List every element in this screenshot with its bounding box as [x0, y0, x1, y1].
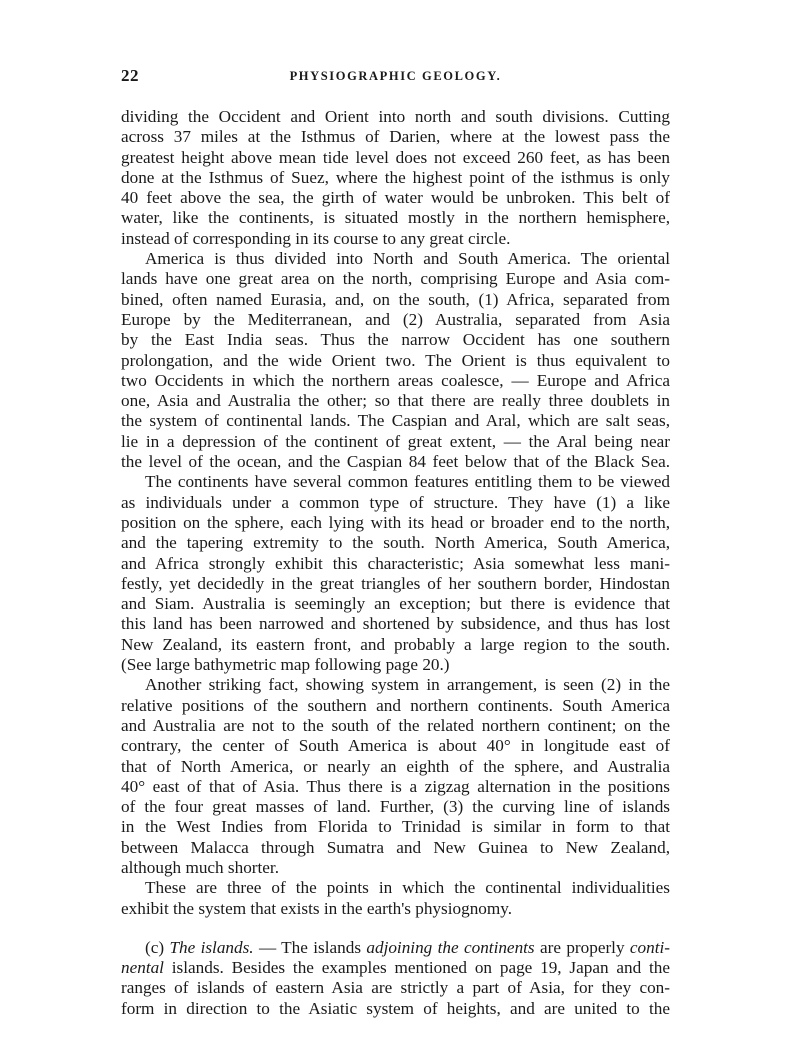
text-line: water, like the continents, is situated …	[121, 208, 670, 228]
text-line: and the tapering extremity to the south.…	[121, 533, 670, 553]
text-line: dividing the Occident and Orient into no…	[121, 107, 670, 127]
running-title: PHYSIOGRAPHIC GEOLOGY.	[121, 69, 670, 84]
text-line: although much shorter.	[121, 858, 670, 878]
text-line: 40 feet above the sea, the girth of wate…	[121, 188, 670, 208]
text-line: position on the sphere, each lying with …	[121, 513, 670, 533]
text-line: that of North America, or nearly an eigh…	[121, 757, 670, 777]
text-line: Another striking fact, showing system in…	[121, 675, 670, 695]
text-line: the system of continental lands. The Cas…	[121, 411, 670, 431]
section-label: (c)	[145, 938, 164, 957]
text-line: prolongation, and the wide Orient two. T…	[121, 351, 670, 371]
text-line: America is thus divided into North and S…	[121, 249, 670, 269]
section-heading: The islands.	[169, 938, 253, 957]
paragraph-three-points: These are three of the points in which t…	[121, 878, 670, 919]
text-line: this land has been narrowed and shortene…	[121, 614, 670, 634]
text-line: These are three of the points in which t…	[121, 878, 670, 898]
emphasis: adjoining the continents	[366, 938, 534, 957]
paragraph-occident-orient: dividing the Occident and Orient into no…	[121, 107, 670, 249]
text-line: and Siam. Australia is seemingly an exce…	[121, 594, 670, 614]
text-line: and Australia are not to the south of th…	[121, 716, 670, 736]
text-line: festly, yet decidedly in the great trian…	[121, 574, 670, 594]
section-gap	[121, 919, 670, 938]
text-line: greatest height above mean tide level do…	[121, 148, 670, 168]
text-line: across 37 miles at the Isthmus of Darien…	[121, 127, 670, 147]
text-line: in the West Indies from Florida to Trini…	[121, 817, 670, 837]
text-line: instead of corresponding in its course t…	[121, 229, 670, 249]
emphasis: conti-	[630, 938, 670, 957]
text-line: 40° east of that of Asia. Thus there is …	[121, 777, 670, 797]
running-head: 22 PHYSIOGRAPHIC GEOLOGY.	[121, 66, 670, 90]
text-line: nental islands. Besides the examples men…	[121, 958, 670, 978]
text-line: lands have one great area on the north, …	[121, 269, 670, 289]
text-line: The continents have several common featu…	[121, 472, 670, 492]
text-line: as individuals under a common type of st…	[121, 493, 670, 513]
emphasis: nental	[121, 958, 164, 977]
section-c-islands: (c) The islands. — The islands adjoining…	[121, 938, 670, 1019]
paragraph-america-divided: America is thus divided into North and S…	[121, 249, 670, 472]
text-line: relative positions of the southern and n…	[121, 696, 670, 716]
paragraph-common-features: The continents have several common featu…	[121, 472, 670, 675]
text-line: contrary, the center of South America is…	[121, 736, 670, 756]
text-line: form in direction to the Asiatic system …	[121, 999, 670, 1019]
text-line: of the four great masses of land. Furthe…	[121, 797, 670, 817]
text-line: (c) The islands. — The islands adjoining…	[121, 938, 670, 958]
text-line: between Malacca through Sumatra and New …	[121, 838, 670, 858]
text-line: exhibit the system that exists in the ea…	[121, 899, 670, 919]
text-line: done at the Isthmus of Suez, where the h…	[121, 168, 670, 188]
text-line: lie in a depression of the continent of …	[121, 432, 670, 452]
text-line: New Zealand, its eastern front, and prob…	[121, 635, 670, 655]
text-line: two Occidents in which the northern area…	[121, 371, 670, 391]
body-text: dividing the Occident and Orient into no…	[121, 107, 670, 1019]
book-page: 22 PHYSIOGRAPHIC GEOLOGY. dividing the O…	[121, 66, 670, 1019]
text-line: and Africa strongly exhibit this charact…	[121, 554, 670, 574]
text-line: Europe by the Mediterranean, and (2) Aus…	[121, 310, 670, 330]
text-line: by the East India seas. Thus the narrow …	[121, 330, 670, 350]
text-line: ranges of islands of eastern Asia are st…	[121, 978, 670, 998]
text-line: the level of the ocean, and the Caspian …	[121, 452, 670, 472]
paragraph-relative-positions: Another striking fact, showing system in…	[121, 675, 670, 878]
text-line: bined, often named Eurasia, and, on the …	[121, 290, 670, 310]
text-line: one, Asia and Australia the other; so th…	[121, 391, 670, 411]
text-line: (See large bathymetric map following pag…	[121, 655, 670, 675]
